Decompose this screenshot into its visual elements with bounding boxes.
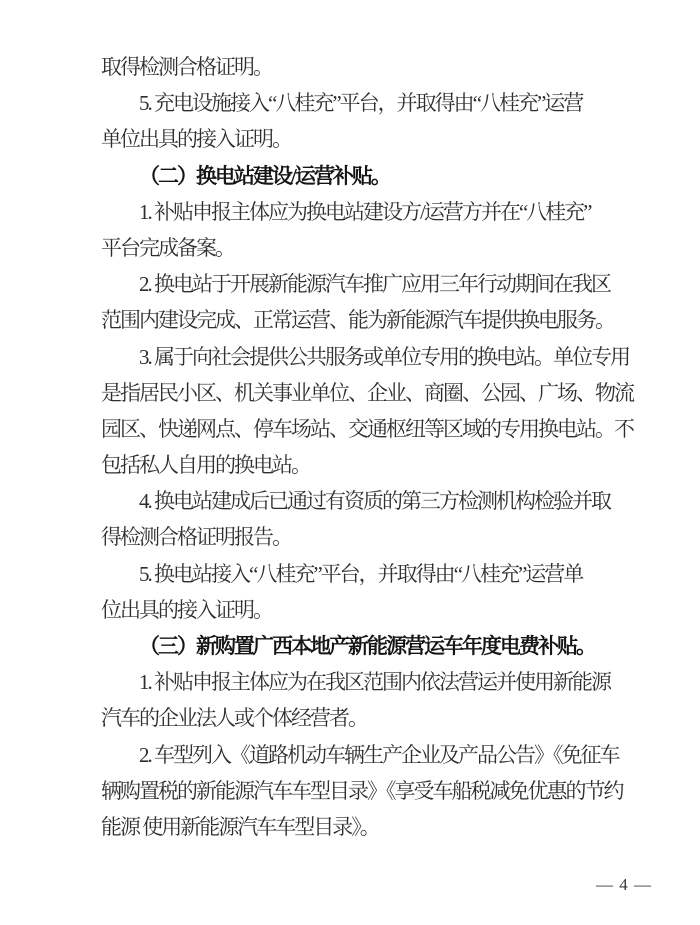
text-line: 包括私人自用的换电站。 [101,447,625,483]
text-line: 1. 补贴申报主体应为换电站建设方/运营方并在“八桂充” [101,194,625,230]
text-line: 5. 充电设施接入“八桂充”平台，并取得由“八桂充”运营 [101,85,625,121]
section-heading-2: （二）换电站建设/运营补贴。 [101,158,625,194]
text-line: 园区、快递网点、停车场站、交通枢纽等区域的专用换电站。不 [101,411,625,447]
text-line: 能源 使用新能源汽车车型目录》。 [101,809,625,845]
document-body: 取得检测合格证明。 5. 充电设施接入“八桂充”平台，并取得由“八桂充”运营 单… [101,49,625,845]
text-line: 位出具的接入证明。 [101,592,625,628]
text-line: 取得检测合格证明。 [101,49,625,85]
text-line: 平台完成备案。 [101,230,625,266]
text-line: 单位出具的接入证明。 [101,121,625,157]
text-line: 1. 补贴申报主体应为在我区范围内依法营运并使用新能源 [101,664,625,700]
text-line: 4. 换电站建成后已通过有资质的第三方检测机构检验并取 [101,483,625,519]
text-line: 3. 属于向社会提供公共服务或单位专用的换电站。单位专用 [101,339,625,375]
text-line: 2. 车型列入《道路机动车辆生产企业及产品公告》《免征车 [101,737,625,773]
text-line: 是指居民小区、机关事业单位、企业、商圈、公园、广场、物流 [101,375,625,411]
text-line: 2. 换电站于开展新能源汽车推广应用三年行动期间在我区 [101,266,625,302]
page-number: — 4 — [0,874,652,896]
text-line: 范围内建设完成、正常运营、能为新能源汽车提供换电服务。 [101,302,625,338]
text-line: 得检测合格证明报告。 [101,519,625,555]
text-line: 辆购置税的新能源汽车车型目录》《享受车船税减免优惠的节约 [101,773,625,809]
document-page: 取得检测合格证明。 5. 充电设施接入“八桂充”平台，并取得由“八桂充”运营 单… [0,0,700,925]
text-line: 5. 换电站接入“八桂充”平台，并取得由“八桂充”运营单 [101,556,625,592]
section-heading-3: （三）新购置广西本地产新能源营运车年度电费补贴。 [101,628,625,664]
text-line: 汽车的企业法人或个体经营者。 [101,700,625,736]
